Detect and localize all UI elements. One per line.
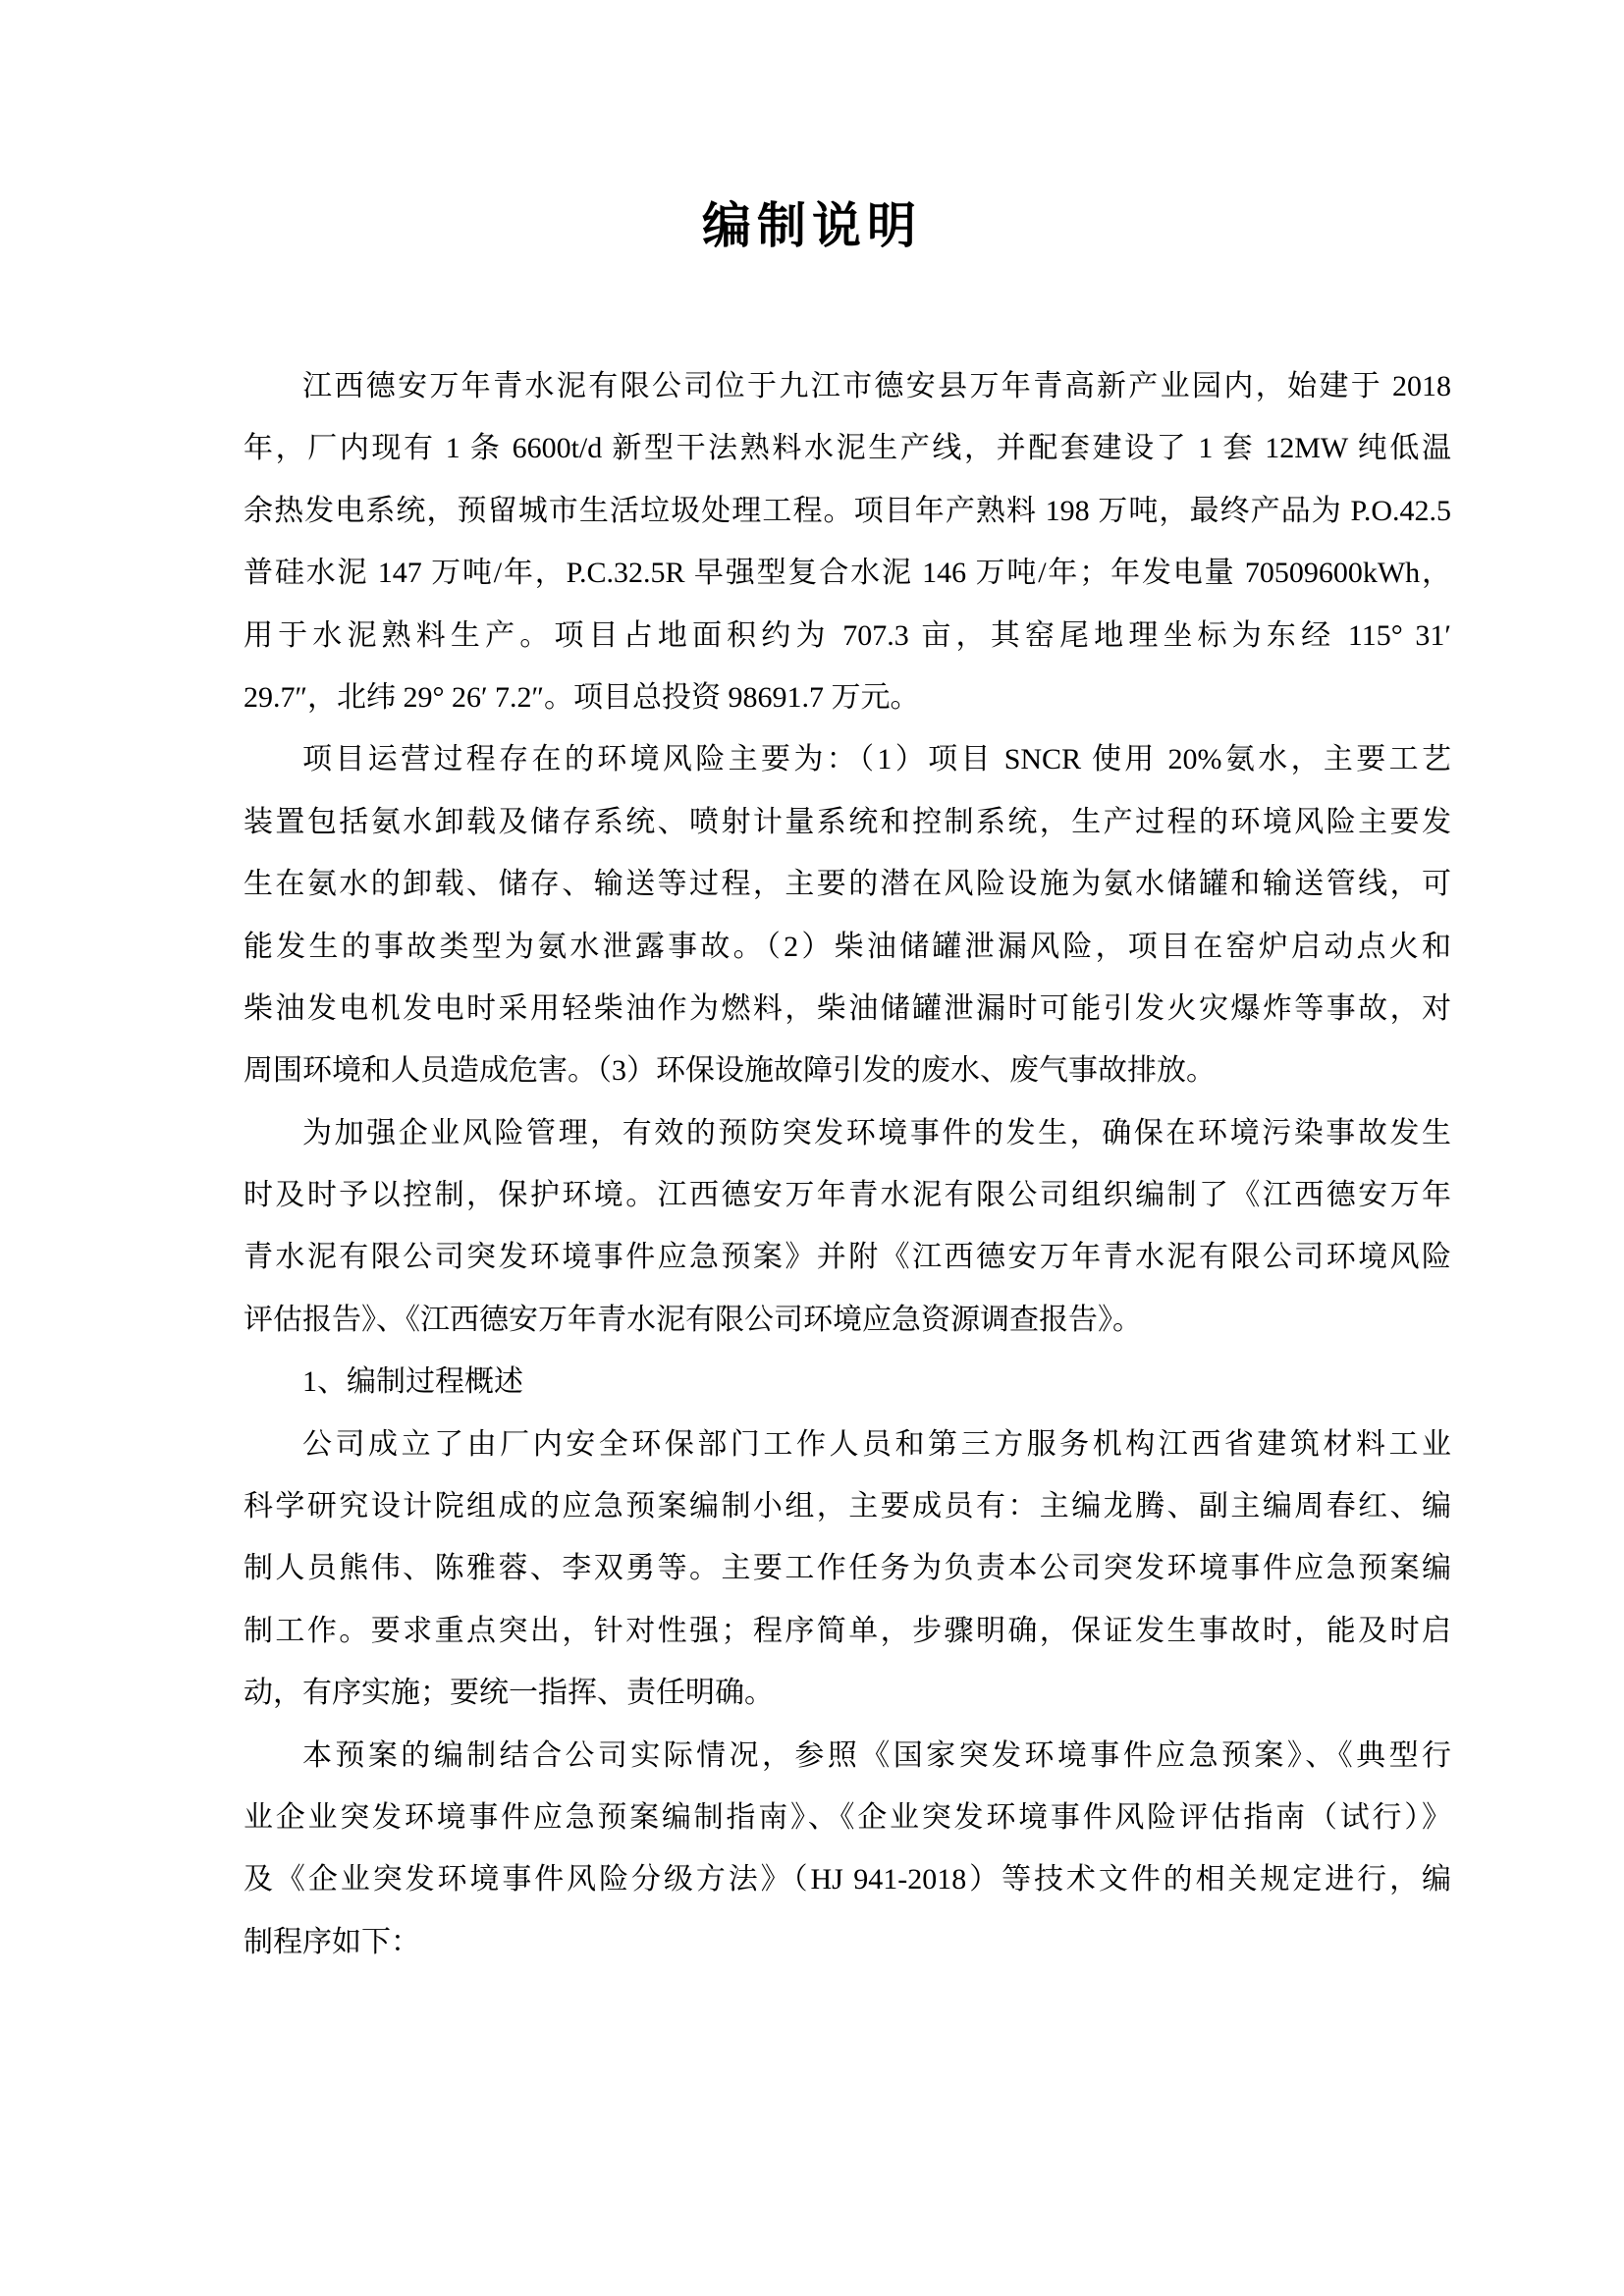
text-line: 青水泥有限公司突发环境事件应急预案》并附《江西德安万年青水泥有限公司环境风险: [244, 1226, 1451, 1288]
text-line: 科学研究设计院组成的应急预案编制小组，主要成员有：主编龙腾、副主编周春红、编: [244, 1475, 1451, 1537]
paragraph-risks: 项目运营过程存在的环境风险主要为：（1）项目 SNCR 使用 20%氨水，主要工…: [244, 728, 1451, 1101]
text-line: 制工作。要求重点突出，针对性强；程序简单，步骤明确，保证发生事故时，能及时启: [244, 1600, 1451, 1662]
text-line: 生在氨水的卸载、储存、输送等过程，主要的潜在风险设施为氨水储罐和输送管线，可: [244, 853, 1451, 915]
paragraph-team: 公司成立了由厂内安全环保部门工作人员和第三方服务机构江西省建筑材料工业 科学研究…: [244, 1414, 1451, 1725]
text-line: 装置包括氨水卸载及储存系统、喷射计量系统和控制系统，生产过程的环境风险主要发: [244, 791, 1451, 853]
text-line: 江西德安万年青水泥有限公司位于九江市德安县万年青高新产业园内，始建于 2018: [244, 355, 1451, 417]
text-line: 时及时予以控制，保护环境。江西德安万年青水泥有限公司组织编制了《江西德安万年: [244, 1164, 1451, 1226]
text-line: 本预案的编制结合公司实际情况，参照《国家突发环境事件应急预案》、《典型行: [244, 1725, 1451, 1787]
text-line: 年，厂内现有 1 条 6600t/d 新型干法熟料水泥生产线，并配套建设了 1 …: [244, 417, 1451, 479]
page-title: 编制说明: [0, 187, 1624, 265]
text-line: 动，有序实施；要统一指挥、责任明确。: [244, 1662, 1451, 1724]
text-line: 余热发电系统，预留城市生活垃圾处理工程。项目年产熟料 198 万吨，最终产品为 …: [244, 480, 1451, 542]
text-line: 项目运营过程存在的环境风险主要为：（1）项目 SNCR 使用 20%氨水，主要工…: [244, 728, 1451, 790]
paragraph-intro: 江西德安万年青水泥有限公司位于九江市德安县万年青高新产业园内，始建于 2018 …: [244, 355, 1451, 728]
text-line: 周围环境和人员造成危害。（3）环保设施故障引发的废水、废气事故排放。: [244, 1040, 1451, 1101]
text-line: 29.7″，北纬 29° 26′ 7.2″。项目总投资 98691.7 万元。: [244, 667, 1451, 728]
document-body: 江西德安万年青水泥有限公司位于九江市德安县万年青高新产业园内，始建于 2018 …: [244, 355, 1451, 1973]
text-line: 普硅水泥 147 万吨/年，P.C.32.5R 早强型复合水泥 146 万吨/年…: [244, 542, 1451, 604]
text-line: 评估报告》、《江西德安万年青水泥有限公司环境应急资源调查报告》。: [244, 1289, 1451, 1351]
section-heading: 1、编制过程概述: [244, 1351, 1451, 1413]
text-line: 为加强企业风险管理，有效的预防突发环境事件的发生，确保在环境污染事故发生: [244, 1102, 1451, 1164]
text-line: 柴油发电机发电时采用轻柴油作为燃料，柴油储罐泄漏时可能引发火灾爆炸等事故，对: [244, 978, 1451, 1040]
text-line: 用于水泥熟料生产。项目占地面积约为 707.3 亩，其窑尾地理坐标为东经 115…: [244, 605, 1451, 667]
text-line: 公司成立了由厂内安全环保部门工作人员和第三方服务机构江西省建筑材料工业: [244, 1414, 1451, 1475]
text-line: 业企业突发环境事件应急预案编制指南》、《企业突发环境事件风险评估指南（试行）》: [244, 1787, 1451, 1848]
paragraph-purpose: 为加强企业风险管理，有效的预防突发环境事件的发生，确保在环境污染事故发生 时及时…: [244, 1102, 1451, 1352]
text-line: 能发生的事故类型为氨水泄露事故。（2）柴油储罐泄漏风险，项目在窑炉启动点火和: [244, 916, 1451, 978]
text-line: 制人员熊伟、陈雅蓉、李双勇等。主要工作任务为负责本公司突发环境事件应急预案编: [244, 1537, 1451, 1599]
document-page: 编制说明 江西德安万年青水泥有限公司位于九江市德安县万年青高新产业园内，始建于 …: [0, 0, 1624, 2296]
text-line: 及《企业突发环境事件风险分级方法》（HJ 941-2018）等技术文件的相关规定…: [244, 1848, 1451, 1910]
text-line: 制程序如下：: [244, 1911, 1451, 1973]
paragraph-references: 本预案的编制结合公司实际情况，参照《国家突发环境事件应急预案》、《典型行 业企业…: [244, 1725, 1451, 1974]
